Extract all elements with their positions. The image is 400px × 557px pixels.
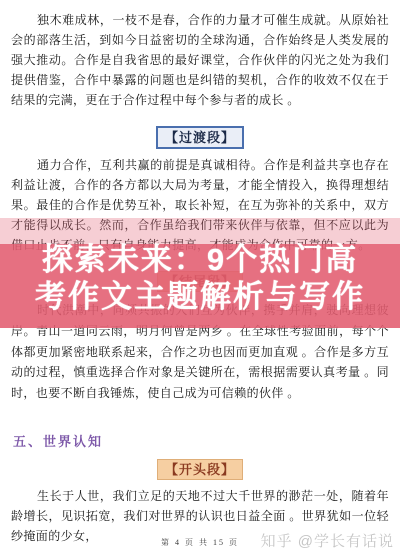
promo-title-line1: 探索未来：9个热门高: [0, 241, 400, 278]
document-page: 独木难成林，一枝不是春，合作的力量才可催生成就。从原始社会的部落生活，到如今日益…: [0, 0, 400, 557]
promo-overlay-banner: 探索未来：9个热门高 考作文主题解析与写作: [0, 218, 400, 328]
transition-section-marker: 【过渡段】: [156, 126, 244, 149]
section-heading-world-cognition: 五、世界认知: [13, 431, 103, 450]
transition-marker-row: 【过渡段】: [0, 126, 400, 149]
zhihu-watermark: 知乎 @学长有话说: [261, 530, 394, 551]
opening-section-marker: 【开头段】: [157, 459, 243, 480]
promo-title-line2: 考作文主题解析与写作: [0, 278, 400, 315]
promo-overlay-title: 探索未来：9个热门高 考作文主题解析与写作: [0, 241, 400, 315]
paragraph-cooperation-intro: 独木难成林，一枝不是春，合作的力量才可催生成就。从原始社会的部落生活，到如今日益…: [11, 10, 389, 110]
opening-marker-row: 【开头段】: [0, 459, 400, 480]
